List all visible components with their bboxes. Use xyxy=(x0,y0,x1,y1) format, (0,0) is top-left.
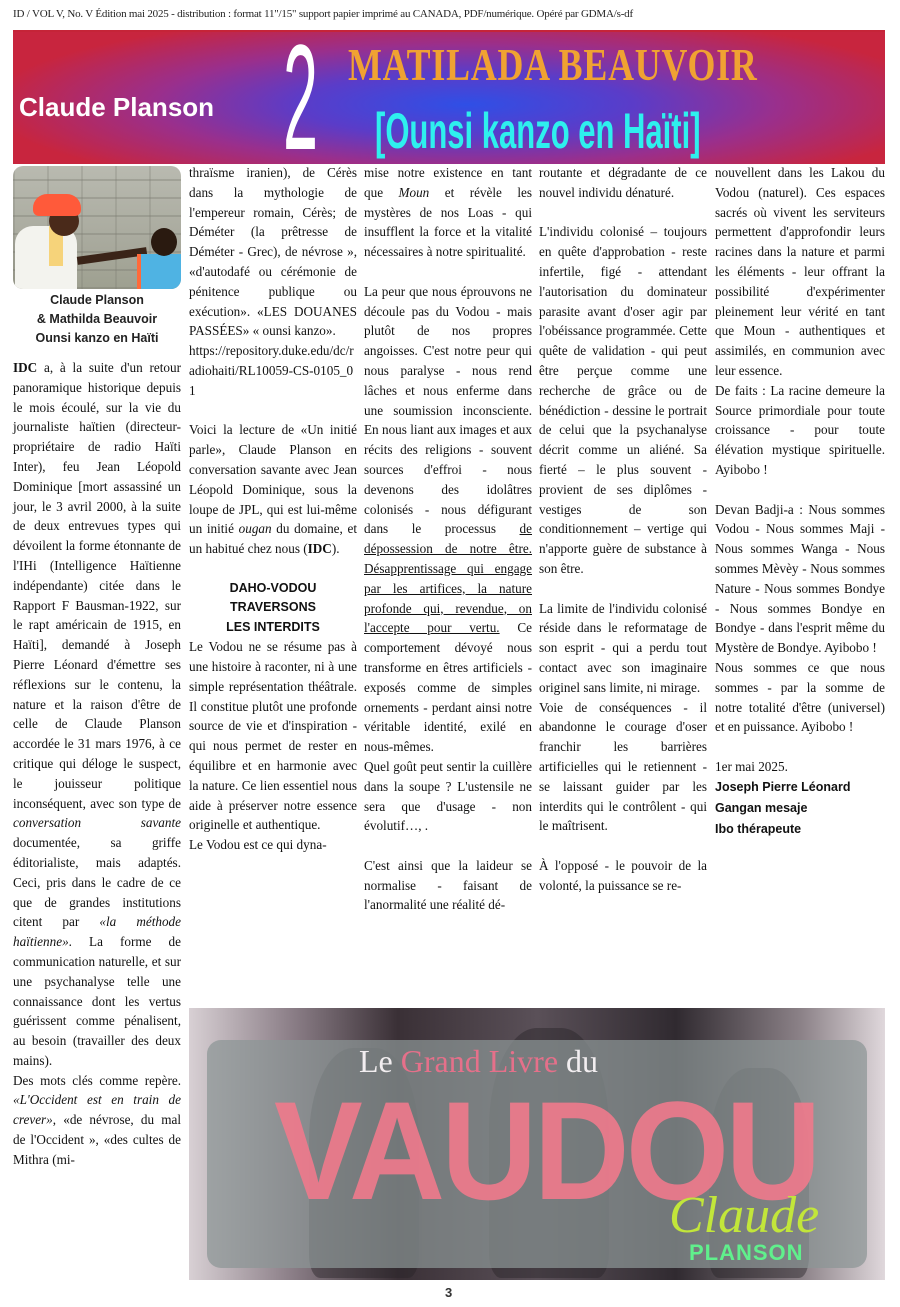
paragraph: routante et dégradante de ce nouvel indi… xyxy=(539,163,707,203)
article-column-3: mise notre existence en tant que Moun et… xyxy=(364,163,532,915)
paragraph: Le Vodou ne se résume pas à une histoire… xyxy=(189,637,357,835)
book-cover-ad: Le Grand Livre du VAUDOU Claude PLANSON xyxy=(189,1008,885,1280)
paragraph: À l'opposé - le pouvoir de la volonté, l… xyxy=(539,856,707,896)
banner-part-number: 2 xyxy=(283,30,318,164)
masthead-edition-info: ID / VOL V, No. V Édition mai 2025 - dis… xyxy=(13,8,633,20)
book-author-script: Claude xyxy=(669,1190,819,1242)
banner-title-line1: MATILADA BEAUVOIR xyxy=(348,38,758,91)
paragraph: L'individu colonisé – toujours en quête … xyxy=(539,222,707,578)
signature-name: Joseph Pierre Léonard xyxy=(715,777,885,798)
paragraph: nouvellent dans les Lakou du Vodou (natu… xyxy=(715,163,885,381)
paragraph: C'est ainsi que la laideur se normalise … xyxy=(364,856,532,915)
paragraph: La limite de l'individu colonisé réside … xyxy=(539,599,707,698)
source-link[interactable]: https://repository.duke.edu/dc/radiohait… xyxy=(189,341,357,400)
article-date: 1er mai 2025. xyxy=(715,757,885,777)
banner-author: Claude Planson xyxy=(19,92,214,123)
paragraph: La peur que nous éprouvons ne découle pa… xyxy=(364,282,532,757)
paragraph: mise notre existence en tant que Moun et… xyxy=(364,163,532,262)
article-column-1: IDC a, à la suite d'un retour panoramiqu… xyxy=(13,358,181,1170)
paragraph: Voici la lecture de «Un initié parle», C… xyxy=(189,420,357,559)
paragraph: Nous sommes ce que nous sommes - par la … xyxy=(715,658,885,737)
caption-line: Ounsi kanzo en Haïti xyxy=(13,329,181,348)
photo-caption: Claude Planson & Mathilda Beauvoir Ounsi… xyxy=(13,291,181,348)
signature-title: Gangan mesaje xyxy=(715,798,885,819)
paragraph: Devan Badji-a : Nous sommes Vodou - Nous… xyxy=(715,500,885,658)
underlined-passage: de dépossession de notre être. Désappren… xyxy=(364,521,532,635)
paragraph: thraïsme iranien), de Cérès dans la myth… xyxy=(189,163,357,341)
article-column-5: nouvellent dans les Lakou du Vodou (natu… xyxy=(715,163,885,840)
section-heading: DAHO-VODOU TRAVERSONS LES INTERDITS xyxy=(189,579,357,638)
photo-planson-beauvoir xyxy=(13,166,181,289)
article-column-4: routante et dégradante de ce nouvel indi… xyxy=(539,163,707,895)
banner-title-line2: [Ounsi kanzo en Haïti] xyxy=(375,102,701,160)
paragraph: IDC a, à la suite d'un retour panoramiqu… xyxy=(13,358,181,1071)
lead-idc: IDC xyxy=(13,360,37,375)
book-author-caps: PLANSON xyxy=(689,1240,804,1266)
paragraph: Voie de conséquences - il abandonne le c… xyxy=(539,698,707,837)
paragraph: De faits : La racine demeure la Source p… xyxy=(715,381,885,480)
signature-title: Ibo thérapeute xyxy=(715,819,885,840)
paragraph: Quel goût peut sentir la cuillère dans l… xyxy=(364,757,532,836)
paragraph: Le Vodou est ce qui dyna- xyxy=(189,835,357,855)
paragraph: Des mots clés comme repère. «L'Occident … xyxy=(13,1071,181,1170)
article-column-2: thraïsme iranien), de Cérès dans la myth… xyxy=(189,163,357,855)
caption-line: Claude Planson xyxy=(13,291,181,310)
page-number: 3 xyxy=(445,1285,452,1300)
article-banner: Claude Planson 2 MATILADA BEAUVOIR [Ouns… xyxy=(13,30,885,164)
caption-line: & Mathilda Beauvoir xyxy=(13,310,181,329)
